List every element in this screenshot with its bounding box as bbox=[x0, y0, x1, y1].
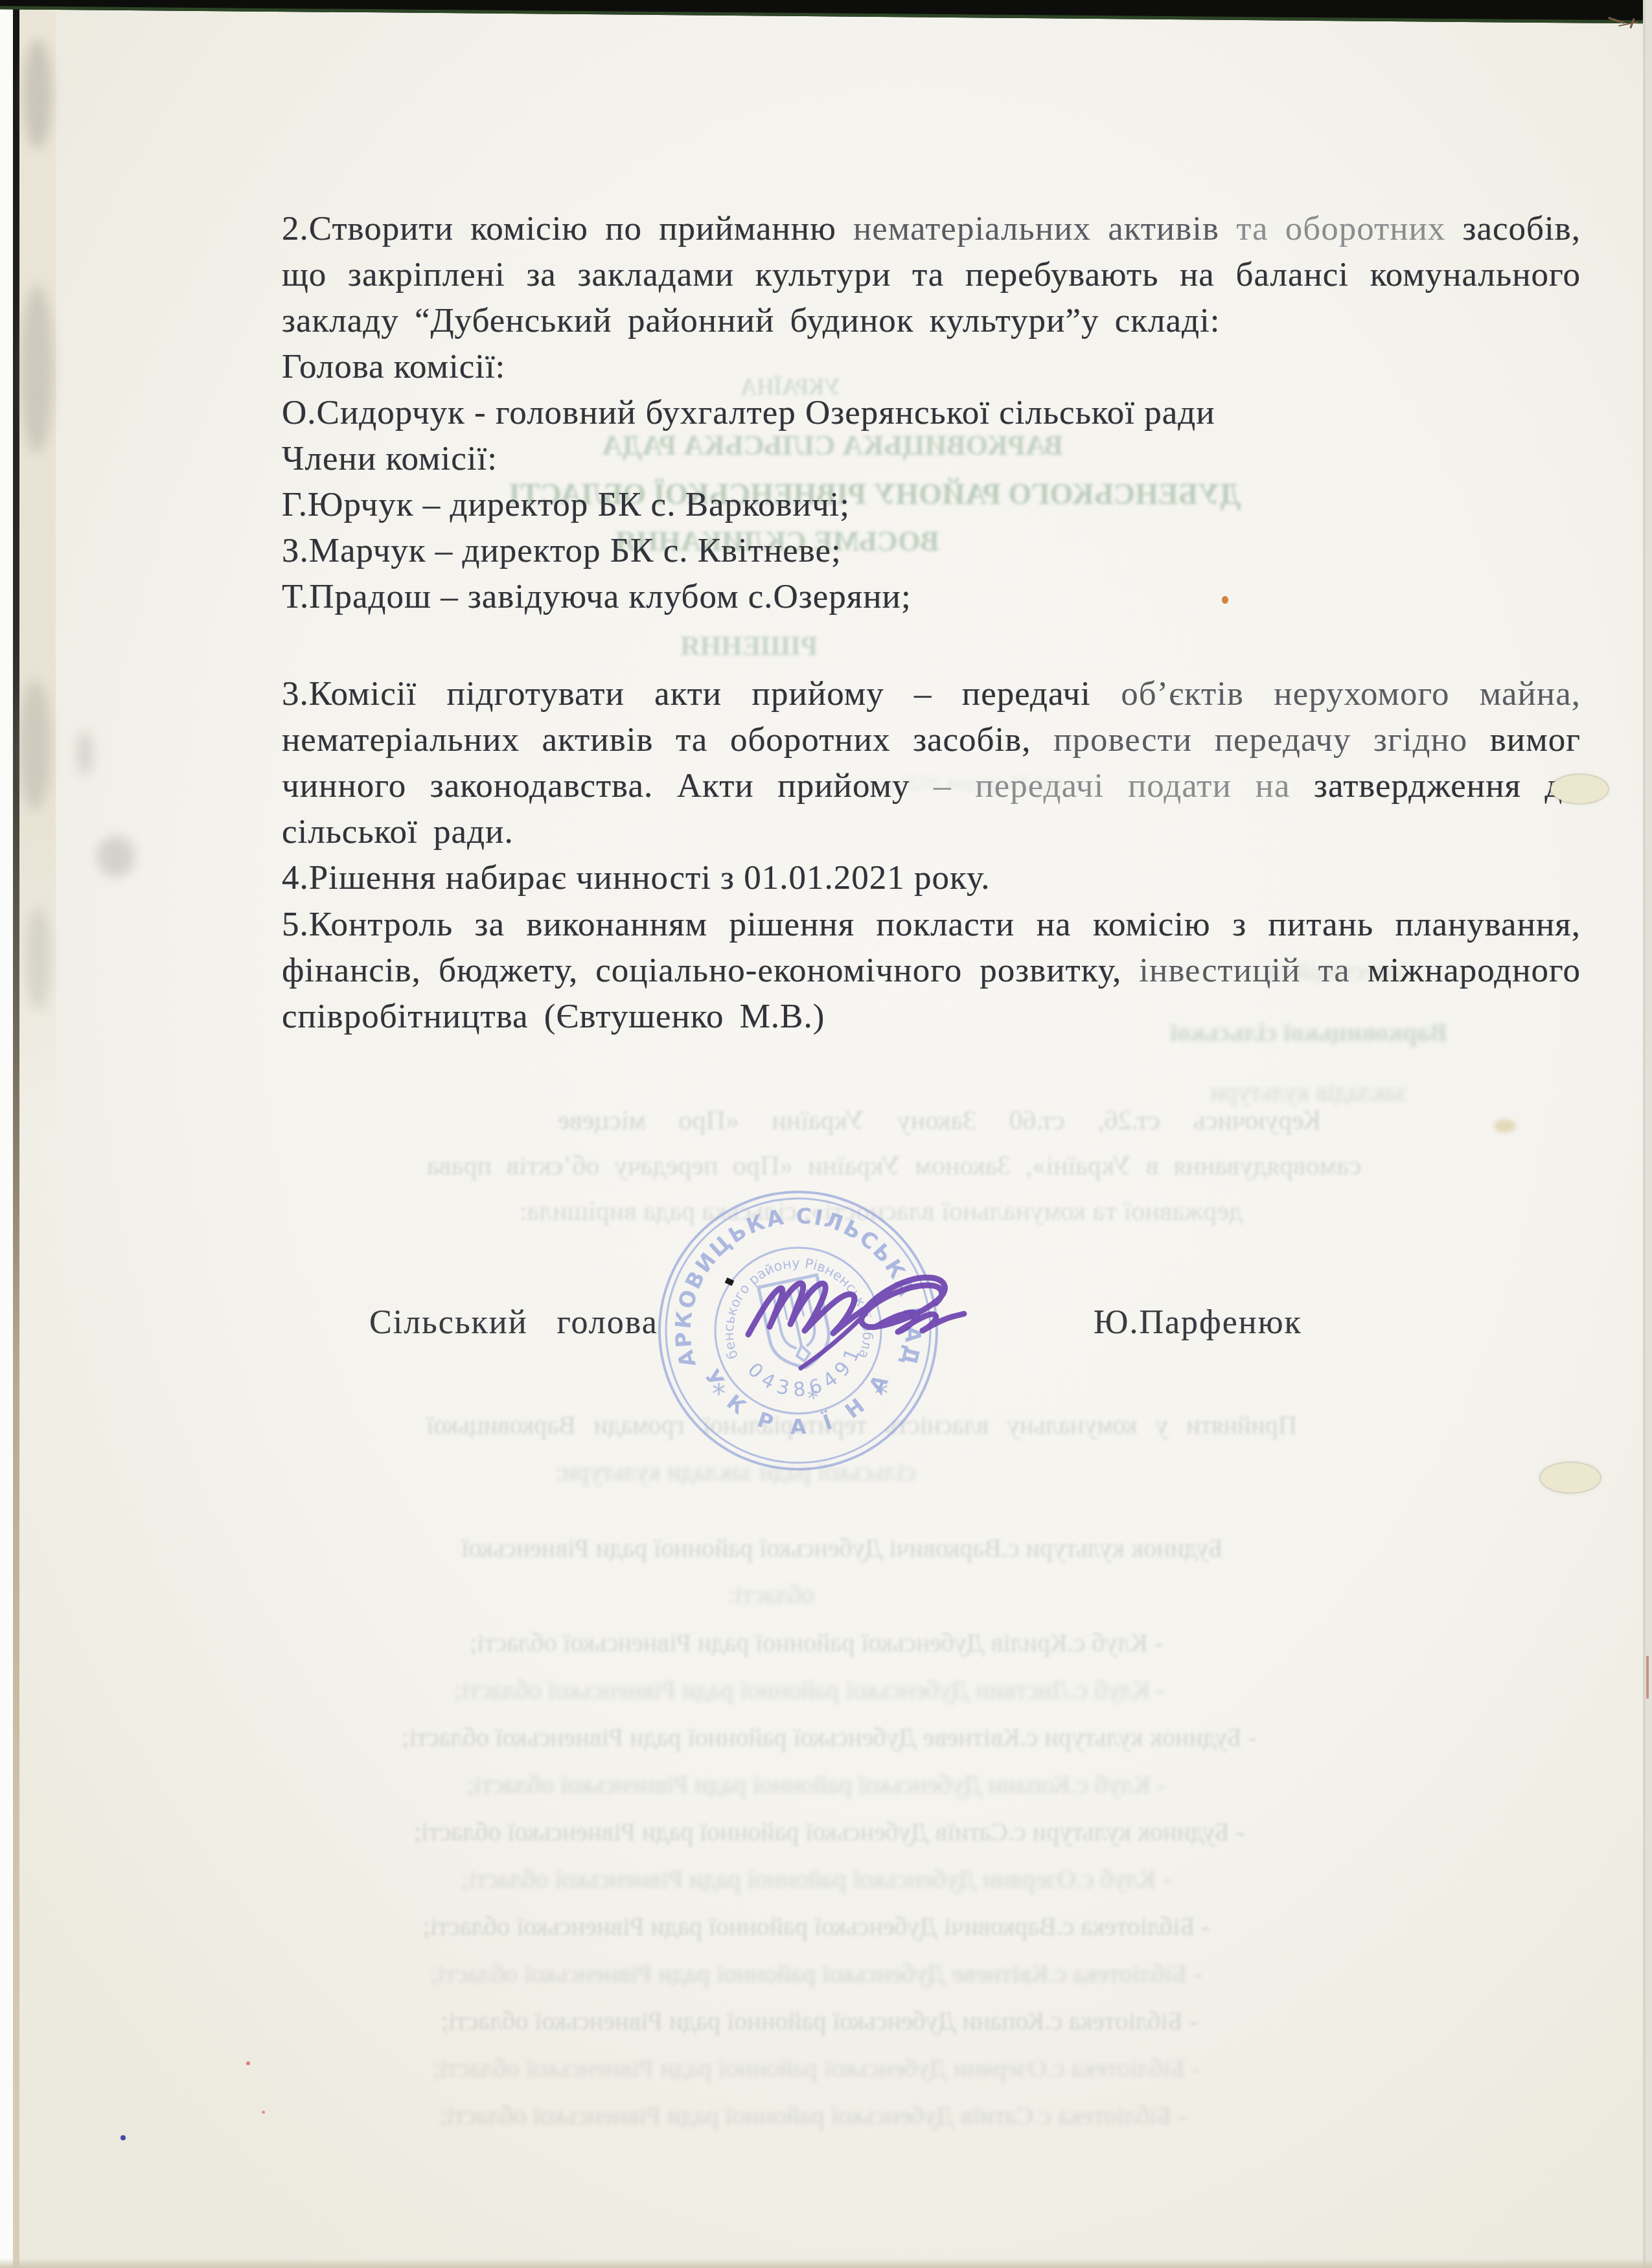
edge-smudge bbox=[26, 907, 51, 1011]
bleedthrough-line: - Будинок культури с.Сатиїв Дубенської р… bbox=[149, 1816, 1509, 1847]
pink-speck bbox=[246, 2061, 250, 2065]
right-edge-line bbox=[1643, 0, 1646, 2268]
bleedthrough-line: - Клуб с.Озеряни Дубенської районної рад… bbox=[214, 1864, 1419, 1894]
handwritten-signature bbox=[713, 1250, 991, 1386]
bleedthrough-line: області: bbox=[693, 1579, 849, 1610]
bleedthrough-line: самоврядування в Україні», Законом Украї… bbox=[279, 1151, 1509, 1182]
edge-smudge bbox=[19, 680, 51, 810]
corner-scratch-mark bbox=[1605, 17, 1646, 34]
blue-ink-dot bbox=[120, 2135, 126, 2140]
scan-top-edge-band bbox=[0, 0, 1652, 24]
text-segment: інвестицій та bbox=[1139, 952, 1350, 989]
bleedthrough-line: - Бібліотека с.Озеряни Дубенської районн… bbox=[194, 2053, 1438, 2083]
signatory-title: Сільський голова bbox=[369, 1303, 658, 1342]
bleedthrough-line: - Бібліотека с.Варковичі Дубенської райо… bbox=[181, 1911, 1451, 1942]
text-segment: нематеріальних активів та оборотних засо… bbox=[282, 721, 1053, 759]
faint-stain bbox=[1494, 1119, 1516, 1132]
page-left-edge-line bbox=[13, 0, 19, 2268]
line-commission-head-label: Голова комісії: bbox=[282, 344, 1581, 390]
bleedthrough-line: Будинок культури с.Варковичі Дубенської … bbox=[194, 1533, 1490, 1563]
bleedthrough-line: - Будинок культури с.Квітневе Дубенської… bbox=[130, 1722, 1529, 1752]
bleedthrough-line: - Клуб с.Крилів Дубенської районної ради… bbox=[214, 1627, 1419, 1658]
text-segment: та оборотних bbox=[1236, 210, 1445, 247]
paper-stain bbox=[1541, 1463, 1600, 1493]
pink-speck bbox=[262, 2111, 265, 2114]
paragraph-acts-transfer: 3.Комісії підготувати акти прийому – пер… bbox=[282, 671, 1581, 855]
right-edge-shade bbox=[1646, 0, 1652, 2268]
bleedthrough-line: - Бібліотека с.Квітневе Дубенської район… bbox=[194, 1958, 1438, 1989]
text-segment: 3.Комісії підготувати акти прийому – пер… bbox=[282, 675, 1121, 713]
bleedthrough-line: закладів культури bbox=[1166, 1077, 1451, 1107]
edge-smudge bbox=[23, 39, 52, 149]
scanbed-left-margin bbox=[0, 0, 13, 2268]
text-segment: – передачі подати на bbox=[934, 767, 1290, 805]
bleedthrough-line: - Клуб с.Листвин Дубенської районної рад… bbox=[194, 1675, 1425, 1705]
paper-smudge bbox=[97, 836, 135, 877]
line-commission-head-name: О.Сидорчук - головний бухгалтер Озерянсь… bbox=[282, 390, 1581, 436]
edge-smudge bbox=[21, 285, 53, 453]
paper-smudge bbox=[76, 731, 93, 776]
line-member-2: З.Марчук – директор БК с. Квітневе; bbox=[282, 528, 1581, 574]
paragraph-effective-date: 4.Рішення набирає чинності з 01.01.2021 … bbox=[282, 855, 1581, 901]
bottom-edge-shade bbox=[0, 2258, 1652, 2268]
bleedthrough-line: - Бібліотека с.Сатиїв Дубенської районно… bbox=[181, 2100, 1445, 2131]
paragraph-control: 5.Контроль за виконанням рішення покласт… bbox=[282, 902, 1581, 1040]
text-segment: провести передачу згідно bbox=[1053, 721, 1467, 759]
paper-stain bbox=[1551, 775, 1608, 803]
line-member-3: Т.Прадош – завідуюча клубом с.Озеряни; bbox=[282, 574, 1581, 620]
line-member-1: Г.Юрчук – директор БК с. Варковичі; bbox=[282, 482, 1581, 528]
bleedthrough-line: РІШЕННЯ bbox=[688, 631, 818, 662]
red-fiber-streak bbox=[1646, 1656, 1649, 1699]
bleedthrough-line: - Бібліотека с.Копани Дубенської районно… bbox=[207, 2006, 1432, 2036]
text-segment: нематеріальних активів bbox=[853, 210, 1236, 247]
orange-speck bbox=[1222, 596, 1228, 604]
bleedthrough-line: - Клуб с.Копани Дубенської районної ради… bbox=[214, 1769, 1419, 1800]
paragraph-create-commission: 2.Створити комісію по прийманню нематері… bbox=[282, 206, 1581, 344]
line-commission-members-label: Члени комісії: bbox=[282, 436, 1581, 482]
text-segment: об’єктів нерухомого майна, bbox=[1121, 675, 1581, 713]
signatory-name: Ю.Парфенюк bbox=[1094, 1303, 1302, 1342]
bleedthrough-line: Керуючись ст.26, ст.60 Закону України «П… bbox=[389, 1105, 1490, 1136]
scanned-document-page: УКРАЇНАВАРКОВИЦЬКА СІЛЬСЬКА РАДАДУБЕНСЬК… bbox=[0, 0, 1652, 2268]
text-segment: 2.Створити комісію по прийманню bbox=[282, 210, 853, 247]
